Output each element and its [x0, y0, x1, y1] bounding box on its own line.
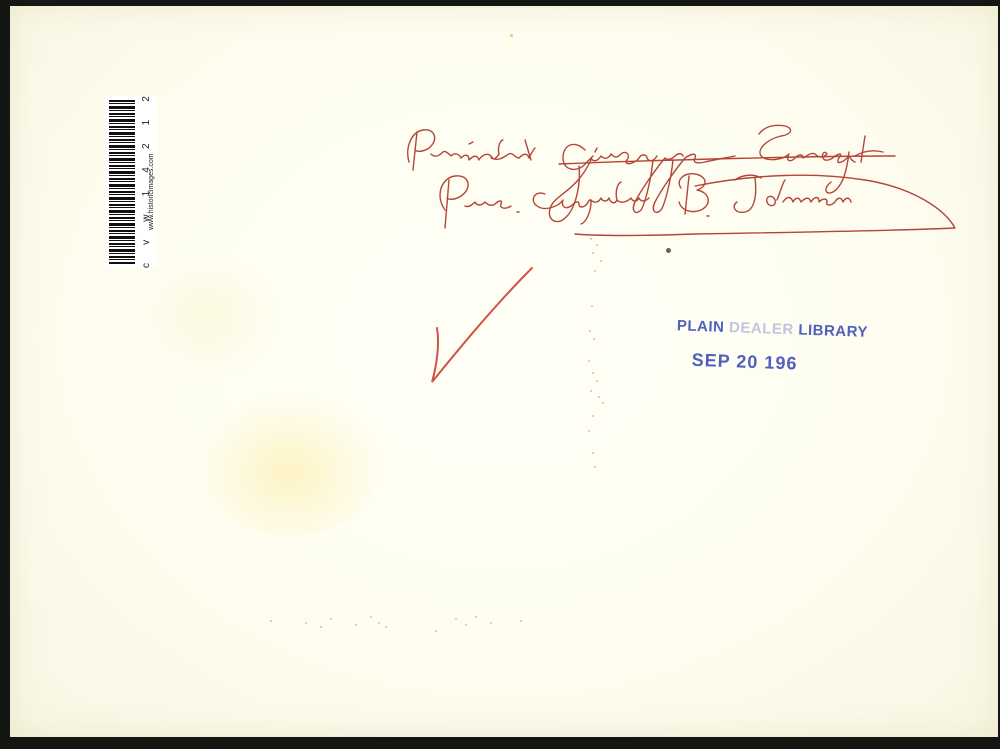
barcode: [109, 100, 135, 264]
scan-canvas: c v w 1 4 2 1 2 www.historicimages.com: [0, 0, 1000, 749]
barcode-digit: v: [141, 240, 152, 245]
faint-stain: [140, 256, 280, 376]
caption-line-1: President Guiseppe Saragat: [395, 120, 765, 150]
barcode-url: www.historicimages.com: [148, 58, 158, 230]
library-date-stamp: PLAIN DEALER LIBRARY SEP 20 196: [669, 315, 841, 391]
stamp-word-plain: PLAIN: [677, 317, 725, 336]
caption-line-2: Pres. Lyndon B. Johnson: [435, 180, 757, 210]
stamp-library-name: PLAIN DEALER LIBRARY: [677, 317, 869, 341]
handwritten-caption: President Guiseppe Saragat Pres. Lyndon …: [395, 110, 965, 250]
barcode-label: c v w 1 4 2 1 2 www.historicimages.com: [105, 96, 157, 268]
stamp-word-dealer: DEALER: [729, 319, 794, 338]
stamp-date: SEP 20 196: [691, 350, 797, 375]
stamp-word-library: LIBRARY: [798, 322, 868, 341]
yellow-stain: [200, 396, 380, 536]
barcode-digit: c: [141, 263, 152, 268]
checkmark-icon: [420, 250, 550, 400]
